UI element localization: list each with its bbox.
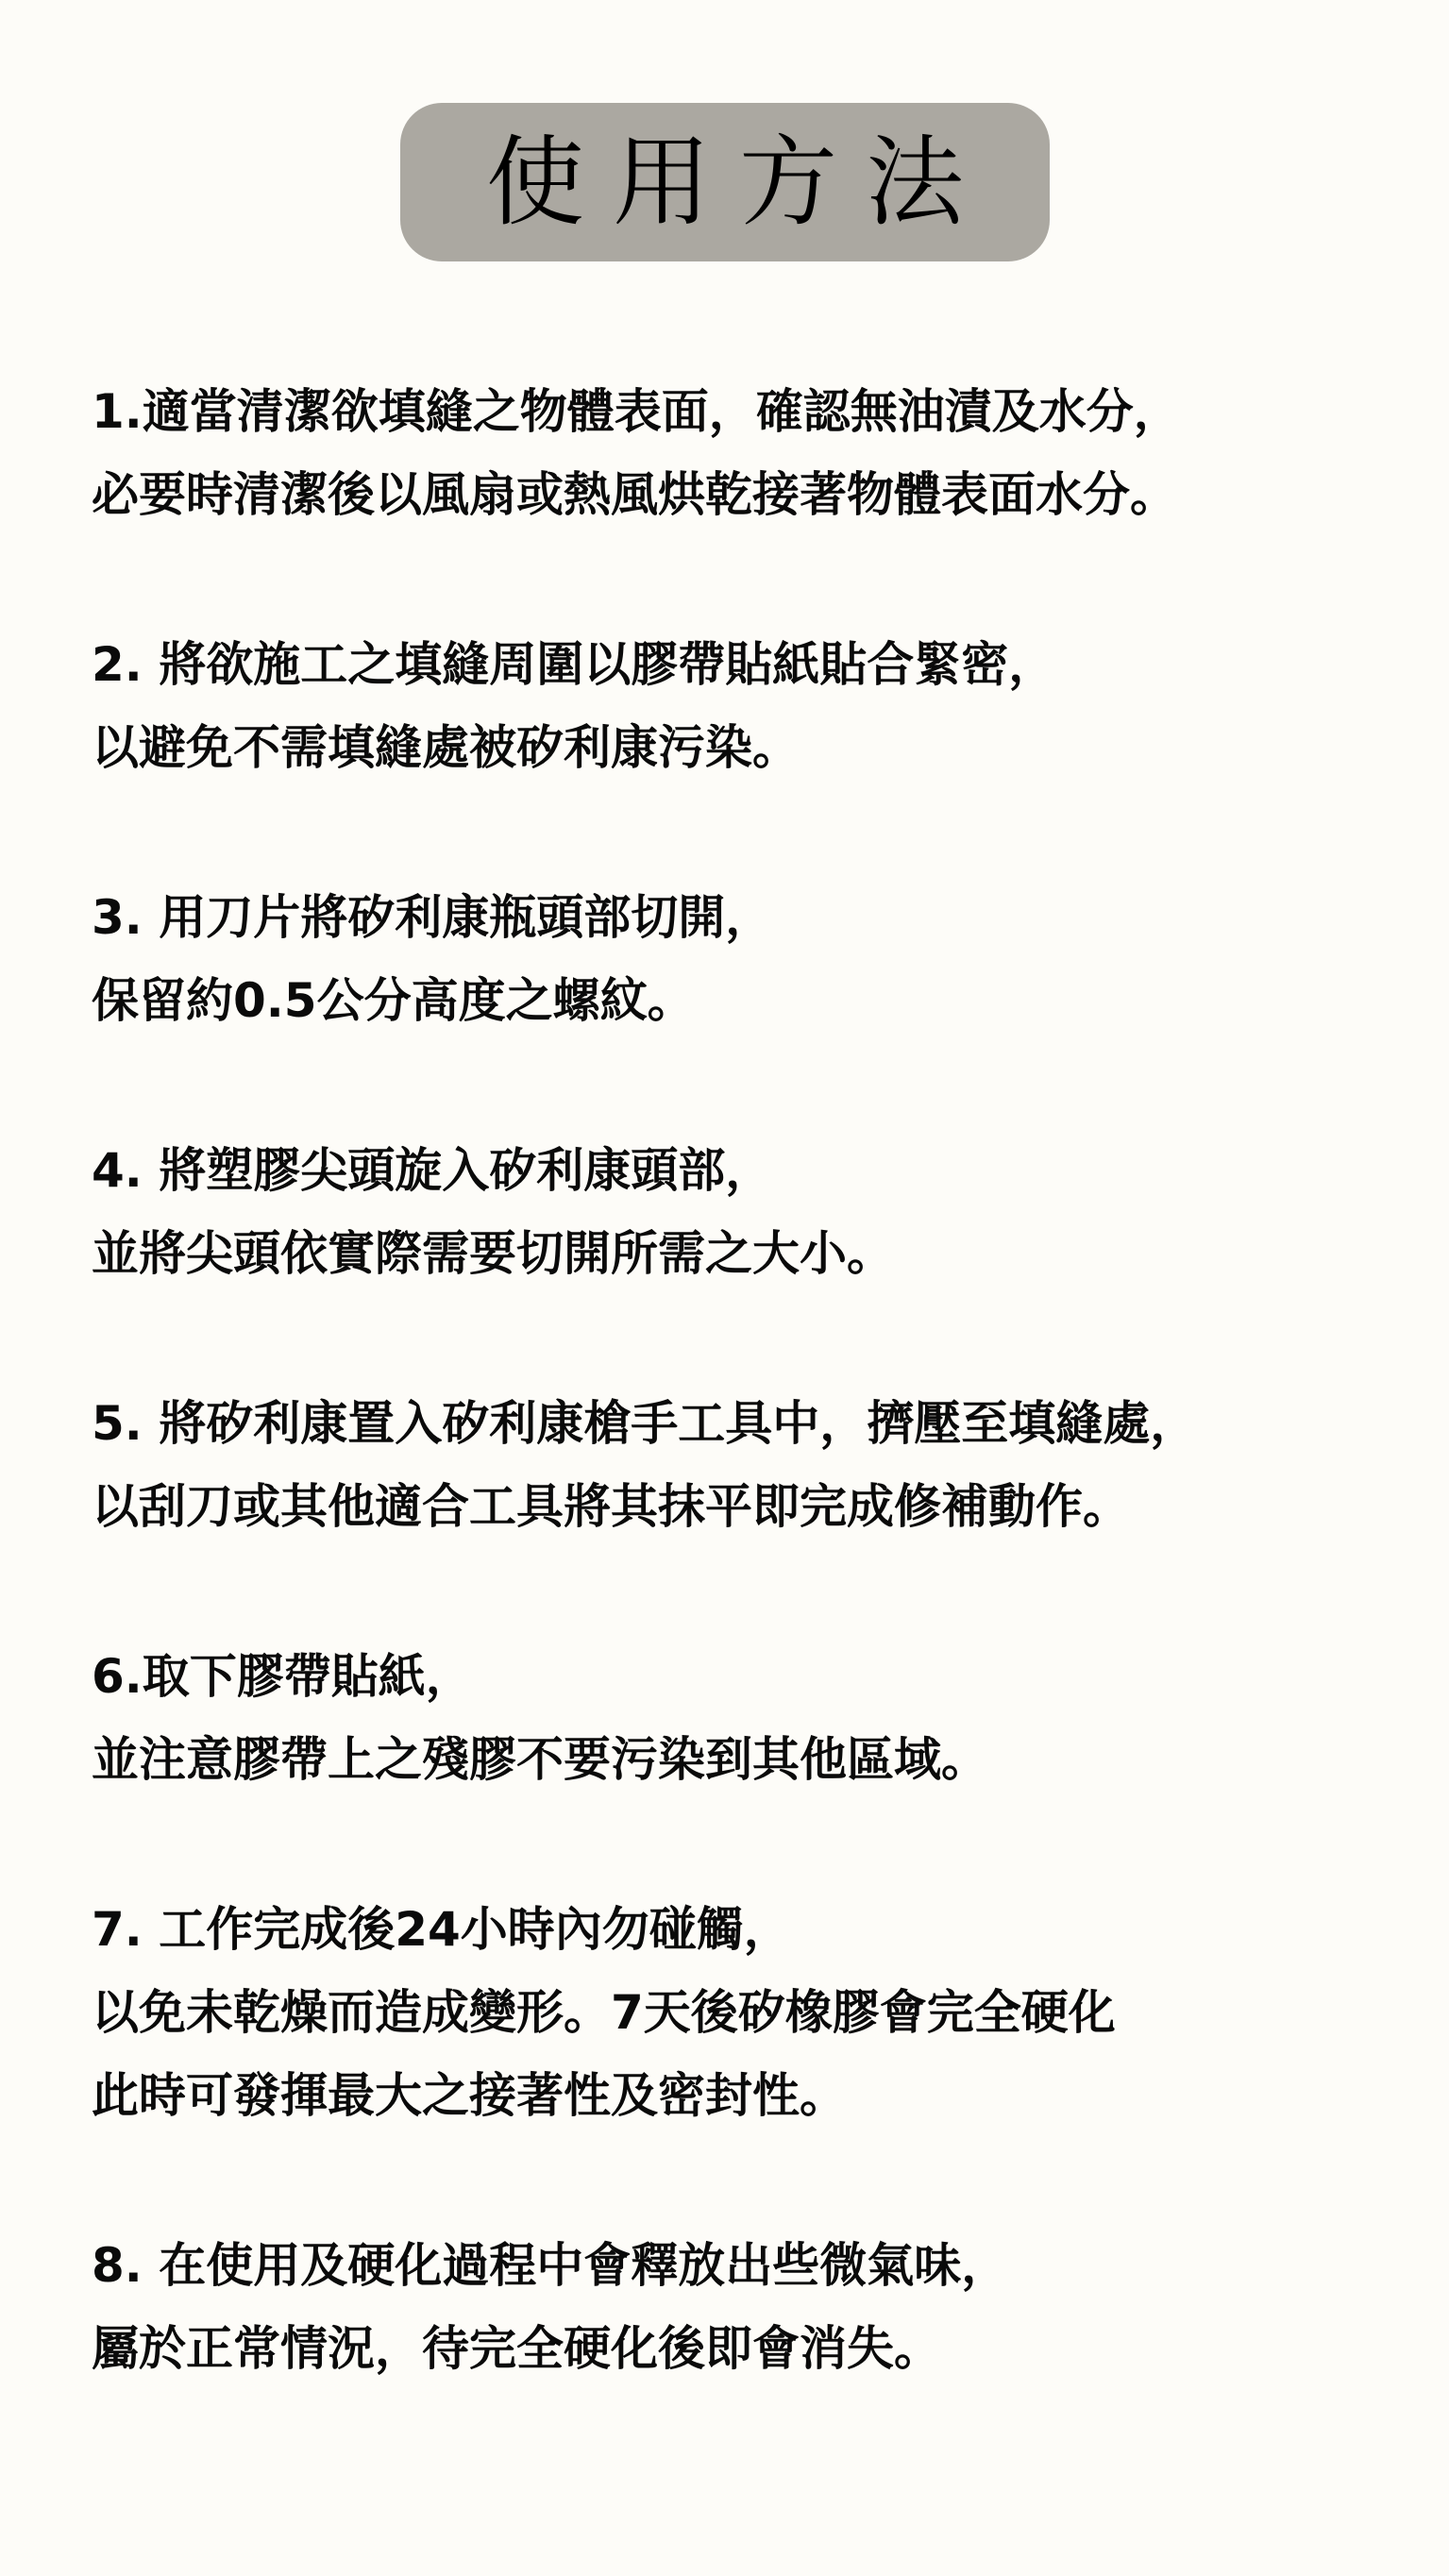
instruction-list: 1.適當清潔欲填縫之物體表面，確認無油漬及水分， 必要時清潔後以風扇或熱風烘乾接… [92, 370, 1432, 2477]
step-1: 1.適當清潔欲填縫之物體表面，確認無油漬及水分， 必要時清潔後以風扇或熱風烘乾接… [92, 370, 1432, 536]
step-text-line: 以避免不需填縫處被矽利康污染。 [92, 706, 1432, 789]
step-text-line: 3. 用刀片將矽利康瓶頭部切開， [92, 876, 1432, 959]
step-text-line: 此時可發揮最大之接著性及密封性。 [92, 2054, 1432, 2137]
step-text-line: 6.取下膠帶貼紙， [92, 1635, 1432, 1718]
step-text-line: 必要時清潔後以風扇或熱風烘乾接著物體表面水分。 [92, 453, 1432, 536]
step-text-line: 4. 將塑膠尖頭旋入矽利康頭部， [92, 1129, 1432, 1212]
step-text-line: 2. 將欲施工之填縫周圍以膠帶貼紙貼合緊密， [92, 623, 1432, 706]
step-5: 5. 將矽利康置入矽利康槍手工具中，擠壓至填縫處， 以刮刀或其他適合工具將其抹平… [92, 1382, 1432, 1548]
step-text-line: 並將尖頭依實際需要切開所需之大小。 [92, 1212, 1432, 1295]
page-title: 使用方法 [486, 133, 992, 231]
step-text-line: 以刮刀或其他適合工具將其抹平即完成修補動作。 [92, 1465, 1432, 1548]
step-3: 3. 用刀片將矽利康瓶頭部切開， 保留約0.5公分高度之螺紋。 [92, 876, 1432, 1042]
step-4: 4. 將塑膠尖頭旋入矽利康頭部， 並將尖頭依實際需要切開所需之大小。 [92, 1129, 1432, 1295]
step-text-line: 以免未乾燥而造成變形。7天後矽橡膠會完全硬化 [92, 1971, 1432, 2054]
title-banner: 使用方法 [400, 103, 1050, 261]
step-text-line: 5. 將矽利康置入矽利康槍手工具中，擠壓至填縫處， [92, 1382, 1432, 1465]
step-text-line: 1.適當清潔欲填縫之物體表面，確認無油漬及水分， [92, 370, 1432, 453]
step-8: 8. 在使用及硬化過程中會釋放出些微氣味， 屬於正常情況，待完全硬化後即會消失。 [92, 2224, 1432, 2390]
step-text-line: 並注意膠帶上之殘膠不要污染到其他區域。 [92, 1718, 1432, 1801]
step-text-line: 屬於正常情況，待完全硬化後即會消失。 [92, 2307, 1432, 2390]
step-2: 2. 將欲施工之填縫周圍以膠帶貼紙貼合緊密， 以避免不需填縫處被矽利康污染。 [92, 623, 1432, 789]
step-text-line: 8. 在使用及硬化過程中會釋放出些微氣味， [92, 2224, 1432, 2307]
step-text-line: 保留約0.5公分高度之螺紋。 [92, 959, 1432, 1042]
step-text-line: 7. 工作完成後24小時內勿碰觸， [92, 1888, 1432, 1971]
step-6: 6.取下膠帶貼紙， 並注意膠帶上之殘膠不要污染到其他區域。 [92, 1635, 1432, 1801]
step-7: 7. 工作完成後24小時內勿碰觸， 以免未乾燥而造成變形。7天後矽橡膠會完全硬化… [92, 1888, 1432, 2137]
